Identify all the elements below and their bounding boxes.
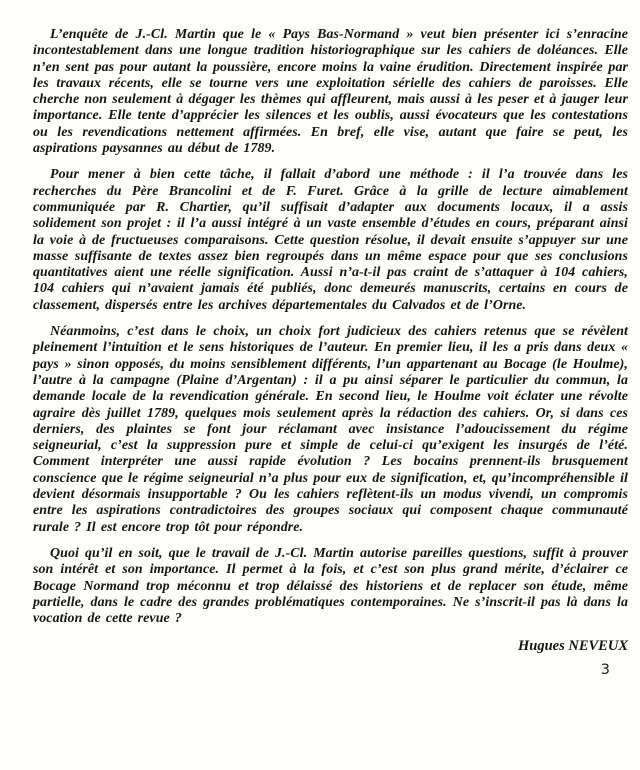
- paragraph-3: Néanmoins, c’est dans le choix, un choix…: [33, 324, 628, 536]
- scanned-journal-page: L’enquête de J.-Cl. Martin que le « Pays…: [0, 0, 640, 770]
- article-body: L’enquête de J.-Cl. Martin que le « Pays…: [33, 27, 628, 678]
- paragraph-1: L’enquête de J.-Cl. Martin que le « Pays…: [33, 27, 628, 157]
- paragraph-2: Pour mener à bien cette tâche, il fallai…: [33, 167, 628, 314]
- paragraph-4: Quoi qu’il en soit, que le travail de J.…: [33, 546, 628, 627]
- page-number: 3: [33, 662, 628, 678]
- author-signature: Hugues NEVEUX: [33, 638, 628, 655]
